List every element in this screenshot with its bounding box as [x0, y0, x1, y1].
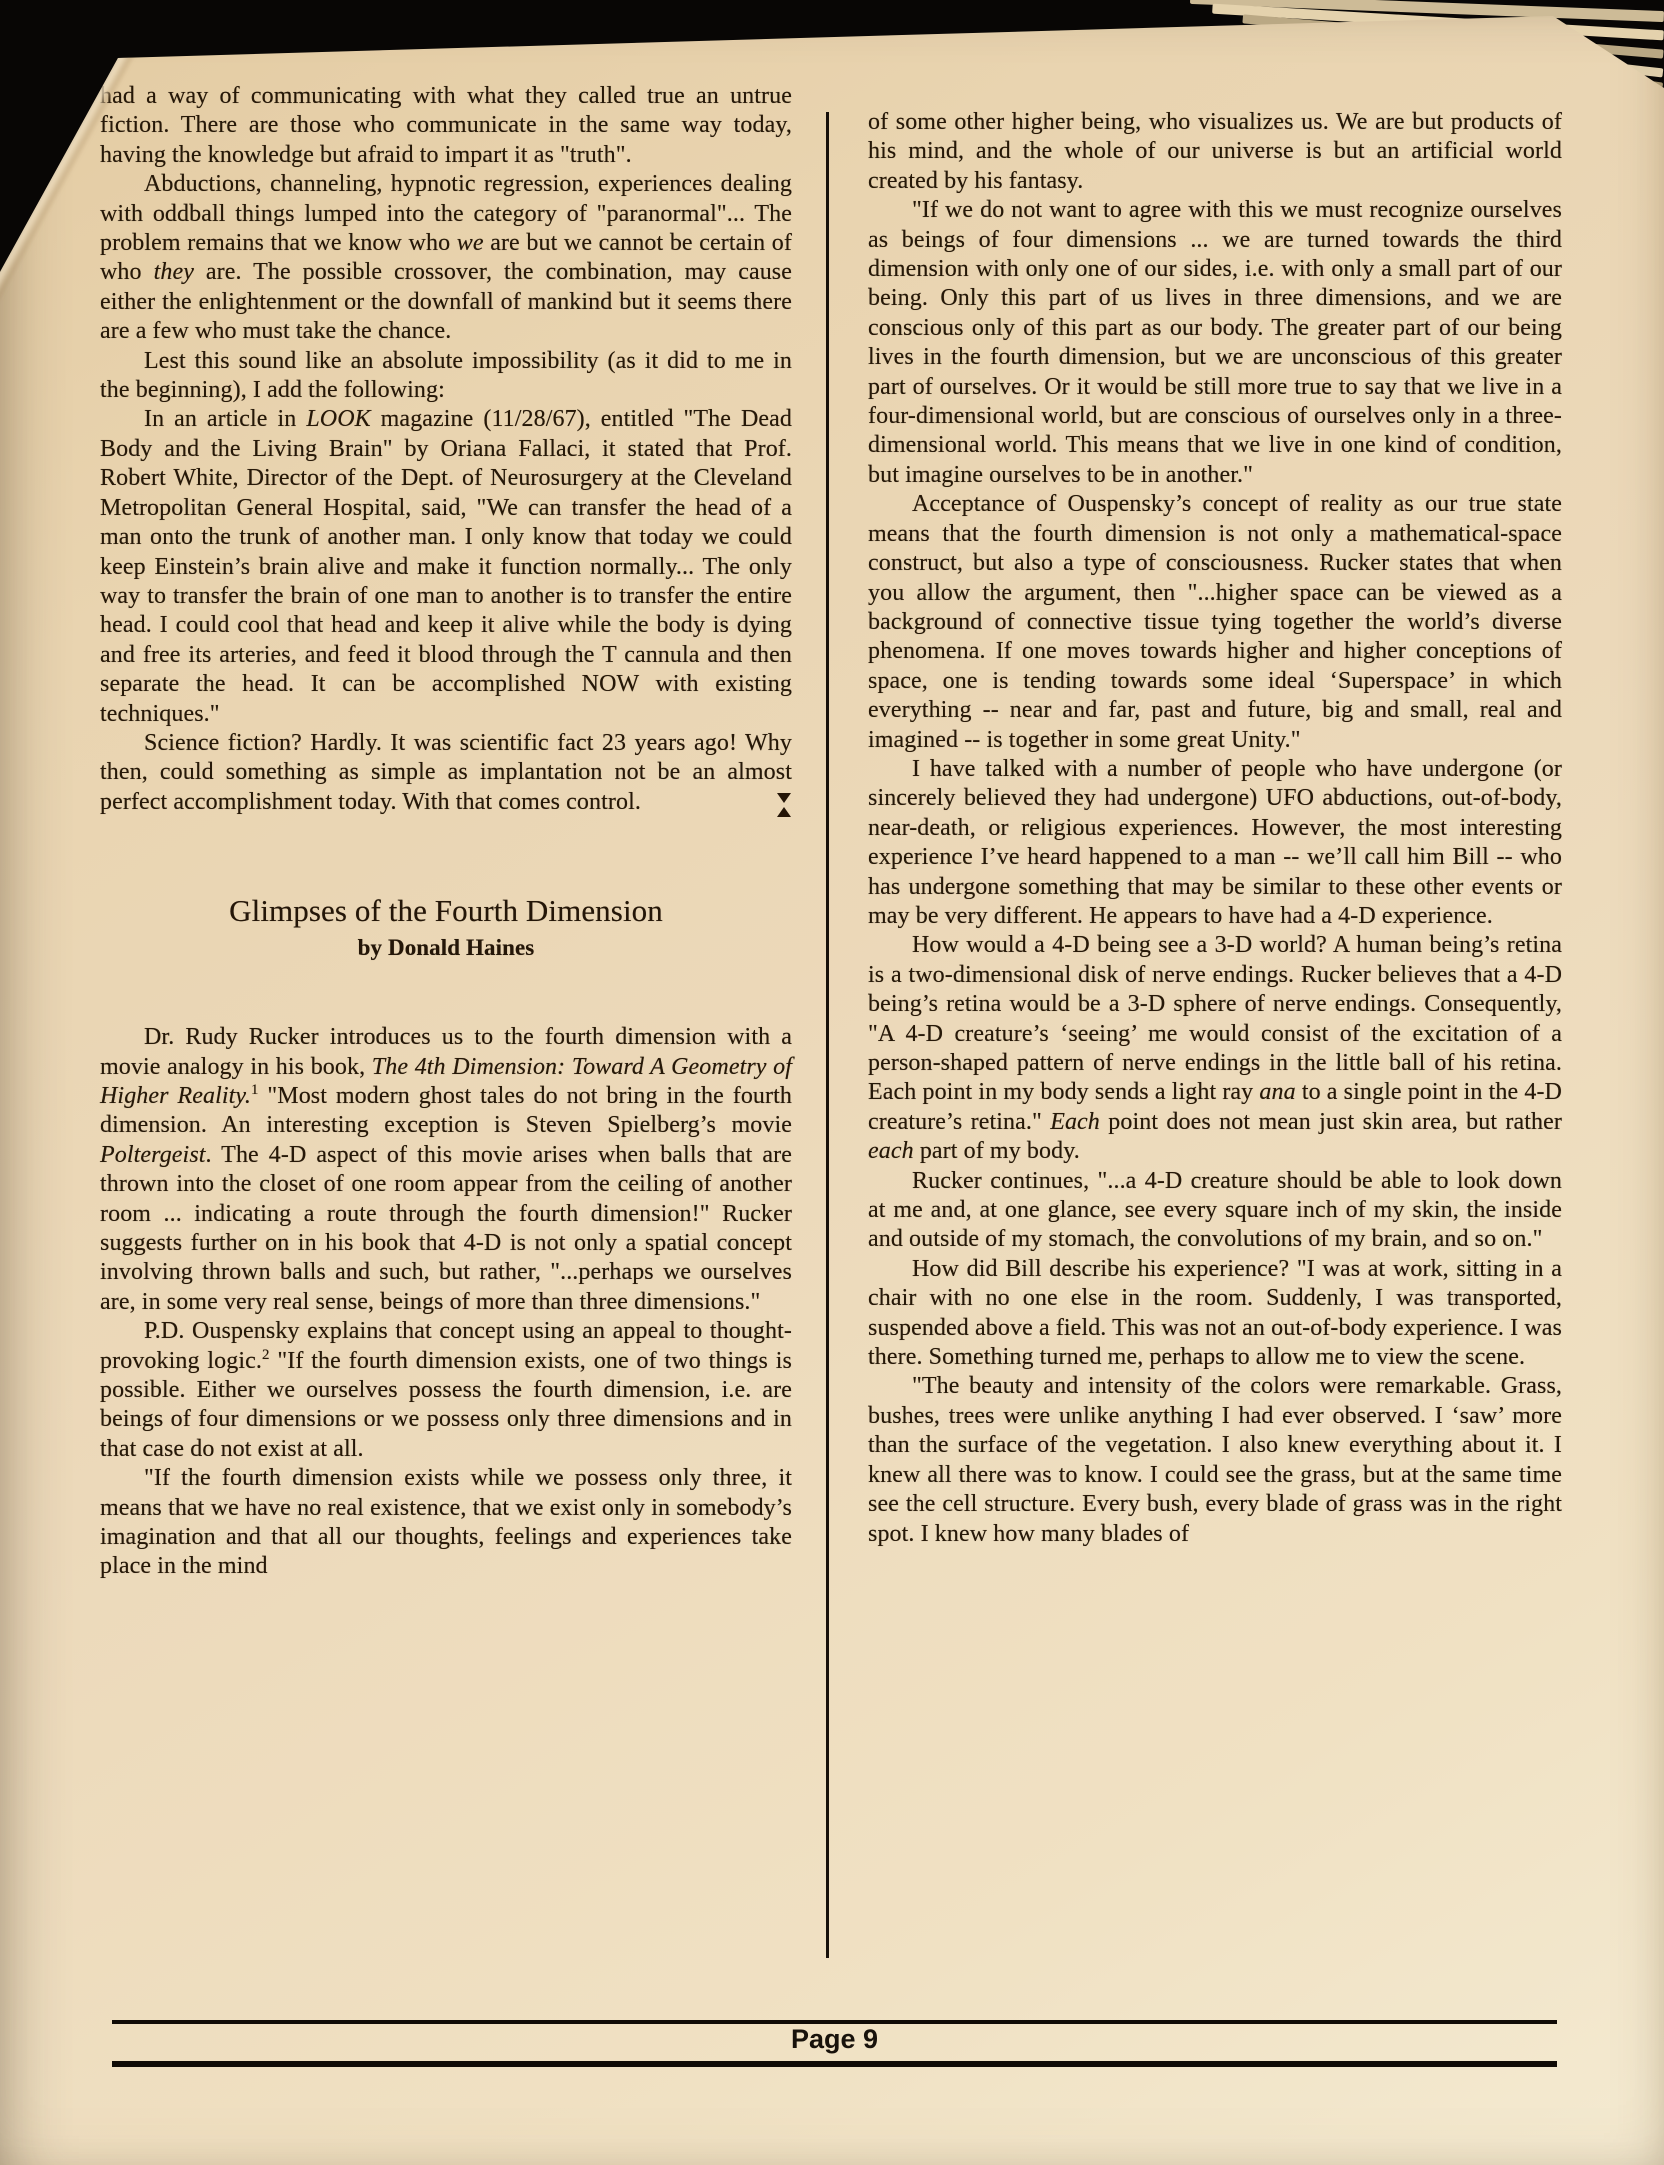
paragraph: Dr. Rudy Rucker introduces us to the fou…: [100, 1023, 792, 1317]
paragraph: Rucker continues, "...a 4-D creature sho…: [868, 1167, 1562, 1255]
article-heading-block: Glimpses of the Fourth Dimension by Dona…: [100, 893, 792, 963]
paragraph: "If the fourth dimension exists while we…: [100, 1464, 792, 1582]
left-column-bottom-paragraphs: Dr. Rudy Rucker introduces us to the fou…: [100, 1023, 792, 1582]
footer-rule-bottom: [112, 2061, 1557, 2067]
paragraph: "If we do not want to agree with this we…: [868, 196, 1562, 490]
paragraph: P.D. Ouspensky explains that concept usi…: [100, 1317, 792, 1464]
hourglass-end-of-article-icon: [777, 793, 792, 817]
left-column-top-paragraphs: had a way of communicating with what the…: [100, 82, 792, 817]
paragraph: In an article in LOOK magazine (11/28/67…: [100, 405, 792, 728]
article-title: Glimpses of the Fourth Dimension: [100, 893, 792, 929]
paragraph: How did Bill describe his experience? "I…: [868, 1255, 1562, 1373]
paragraph: "The beauty and intensity of the colors …: [868, 1372, 1562, 1548]
paragraph: Science fiction? Hardly. It was scientif…: [100, 729, 792, 817]
paragraph: Abductions, channeling, hypnotic regress…: [100, 170, 792, 346]
paragraph: How would a 4-D being see a 3-D world? A…: [868, 931, 1562, 1166]
right-column: of some other higher being, who visualiz…: [868, 108, 1562, 1549]
column-divider-rule: [826, 112, 829, 1958]
paragraph: Lest this sound like an absolute impossi…: [100, 347, 792, 406]
scanned-newsletter-page: had a way of communicating with what the…: [0, 0, 1664, 2165]
paragraph: Acceptance of Ouspensky’s concept of rea…: [868, 490, 1562, 755]
paragraph: of some other higher being, who visualiz…: [868, 108, 1562, 196]
left-column: had a way of communicating with what the…: [100, 82, 792, 1582]
paragraph: I have talked with a number of people wh…: [868, 755, 1562, 931]
right-column-paragraphs: of some other higher being, who visualiz…: [868, 108, 1562, 1549]
paragraph: had a way of communicating with what the…: [100, 82, 792, 170]
page-number-label: Page 9: [112, 2024, 1557, 2055]
article-byline: by Donald Haines: [100, 933, 792, 963]
